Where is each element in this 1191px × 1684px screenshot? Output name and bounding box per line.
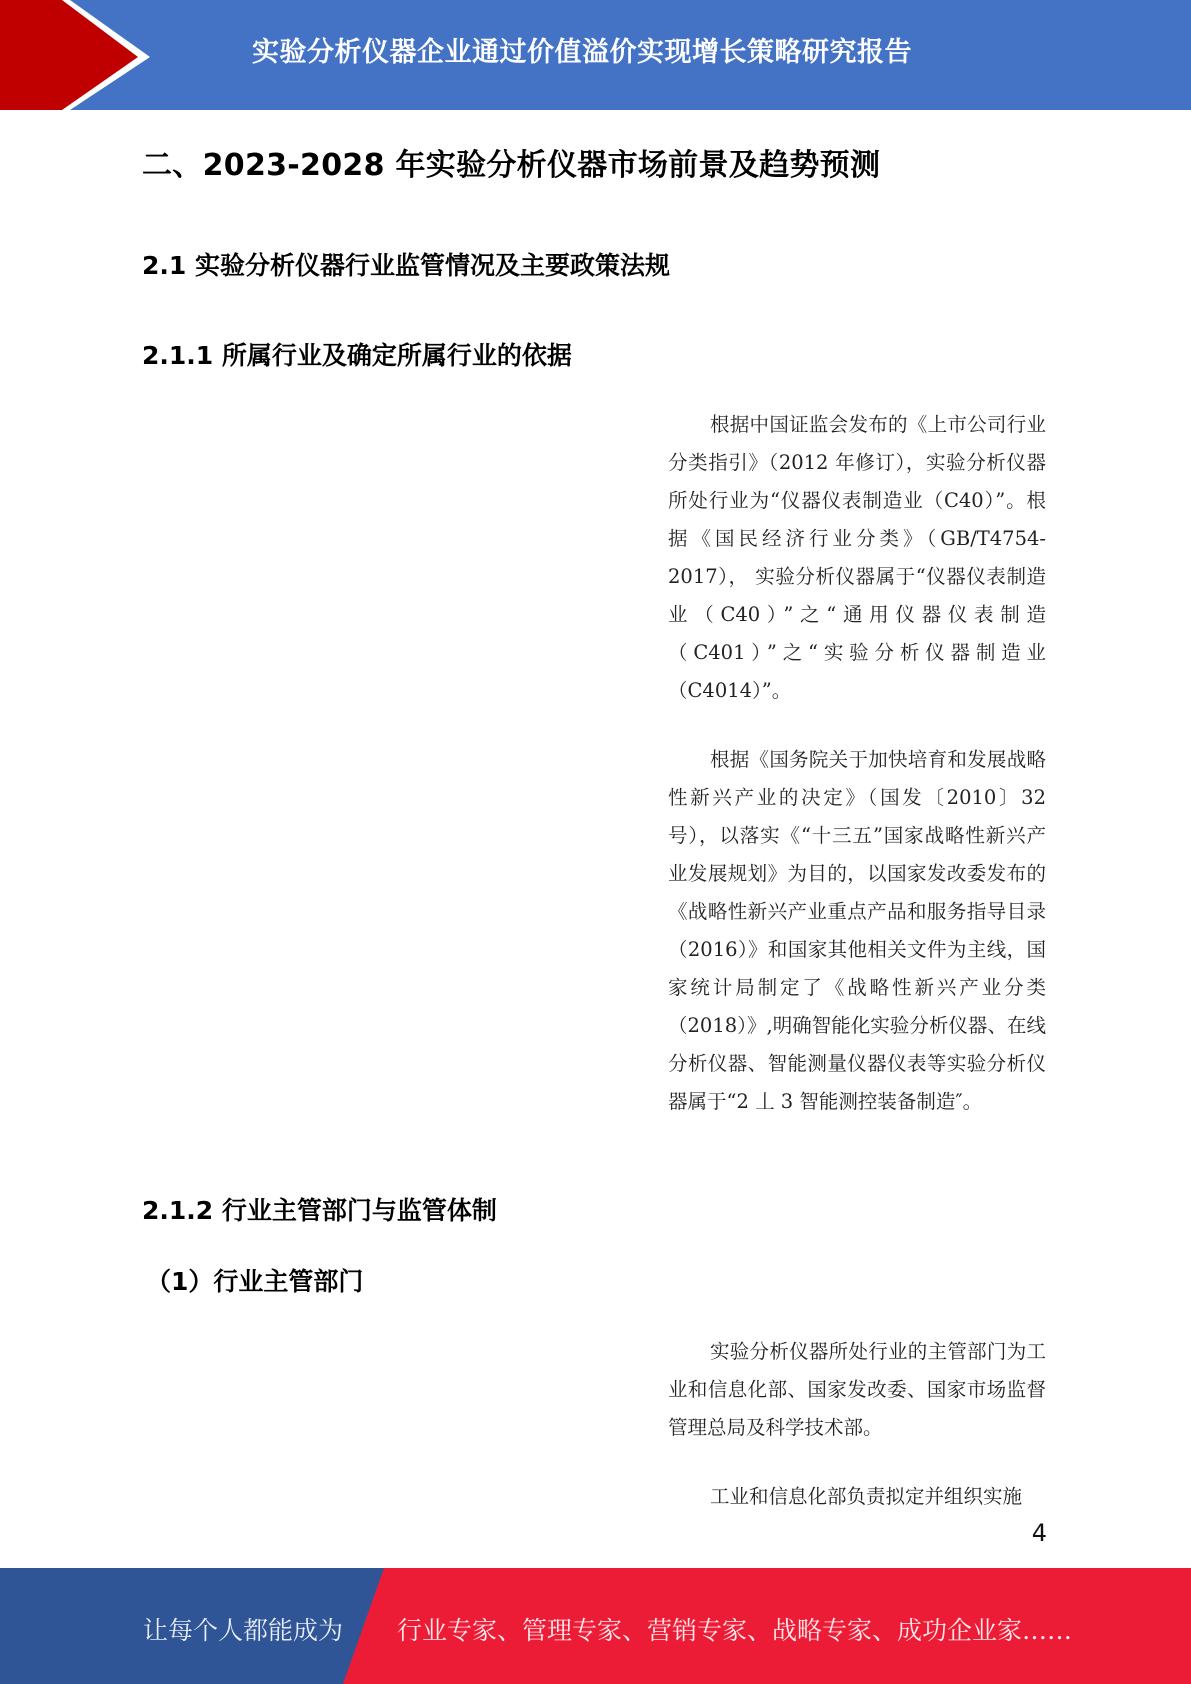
chapter-heading: 二、2023-2028 年实验分析仪器市场前景及趋势预测: [142, 140, 880, 184]
footer-slogan-left: 让每个人都能成为: [143, 1611, 343, 1647]
paragraph-strategic-industry: 根据《国务院关于加快培育和发展战略性新兴产业的决定》（国发〔2010〕32号），…: [668, 741, 1046, 1121]
report-title: 实验分析仪器企业通过价值溢价实现增长策略研究报告: [252, 30, 912, 69]
footer-slogan-right: 行业专家、管理专家、营销专家、战略专家、成功企业家……: [397, 1611, 1072, 1647]
paragraph-miit-duties: 工业和信息化部负责拟定并组织实施: [668, 1478, 1046, 1516]
chevron-arrow-icon: [0, 0, 170, 110]
paragraph-industry-classification: 根据中国证监会发布的《上市公司行业分类指引》（2012 年修订），实验分析仪器所…: [668, 406, 1046, 710]
paragraph-authorities: 实验分析仪器所处行业的主管部门为工业和信息化部、国家发改委、国家市场监督管理总局…: [668, 1333, 1046, 1447]
section-heading-2-1-1: 2.1.1 所属行业及确定所属行业的依据: [142, 336, 572, 372]
footer-slogan-band: 让每个人都能成为 行业专家、管理专家、营销专家、战略专家、成功企业家……: [0, 1568, 1191, 1684]
subsection-heading-authority: （1）行业主管部门: [146, 1262, 363, 1298]
section-heading-2-1-2: 2.1.2 行业主管部门与监管体制: [142, 1191, 497, 1227]
report-header-band: 实验分析仪器企业通过价值溢价实现增长策略研究报告: [0, 0, 1191, 110]
page-number: 4: [1032, 1519, 1047, 1547]
section-heading-2-1: 2.1 实验分析仪器行业监管情况及主要政策法规: [142, 246, 670, 282]
